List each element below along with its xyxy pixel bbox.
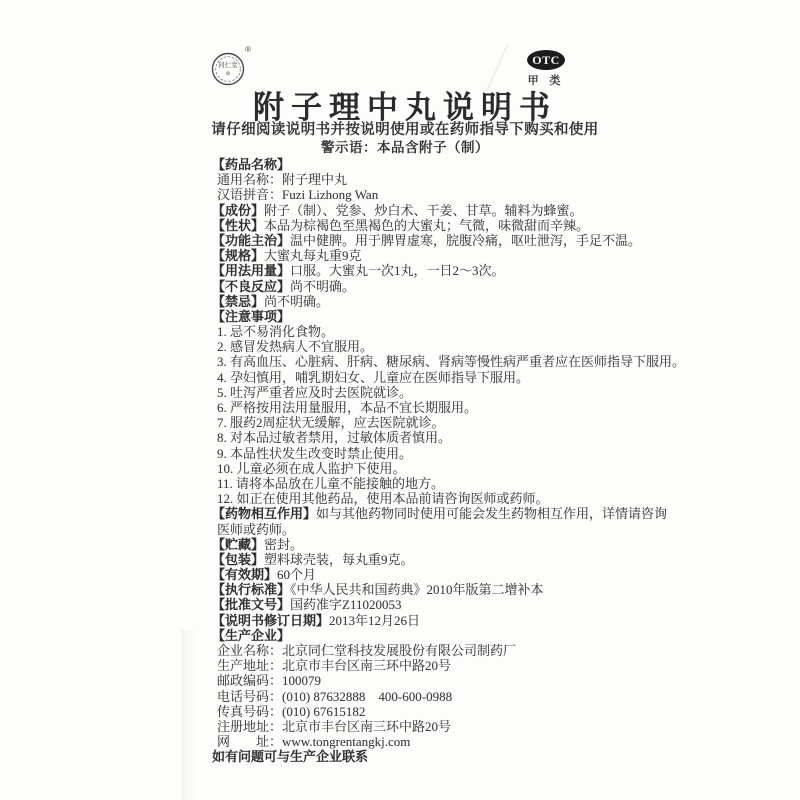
- text-line: 如有问题可与生产企业联系: [212, 749, 732, 764]
- section-line: 【包装】塑料球壳装，每丸重9克。: [212, 552, 732, 567]
- section-heading: 【性状】: [212, 218, 264, 233]
- section-text: 附子（制）、党参、炒白术、干姜、甘草。辅料为蜂蜜。: [264, 203, 583, 218]
- section-text: 本品为棕褐色至黑褐色的大蜜丸；气微，味微甜而辛辣。: [264, 218, 589, 233]
- text-line: 10. 儿童必须在成人监护下使用。: [212, 461, 732, 476]
- text-line: 1. 忌不易消化食物。: [212, 324, 732, 339]
- section-text: 传真号码：(010) 67615182: [217, 704, 365, 719]
- text-line: 通用名称：附子理中丸: [212, 172, 732, 187]
- section-text: 生产地址：北京市丰台区南三环中路20号: [217, 658, 451, 673]
- section-line: 【说明书修订日期】2013年12月26日: [212, 613, 732, 628]
- section-heading: 【批准文号】: [212, 597, 290, 612]
- text-line: 9. 本品性状发生改变时禁止使用。: [212, 446, 732, 461]
- section-text: 2. 感冒发热病人不宜服用。: [217, 339, 373, 354]
- text-line: 4. 孕妇慎用，哺乳期妇女、儿童应在医师指导下服用。: [212, 370, 732, 385]
- section-text: 温中健脾。用于脾胃虚寒，脘腹冷痛，呕吐泄泻，手足不温。: [290, 233, 641, 248]
- text-line: 汉语拼音：Fuzi Lizhong Wan: [212, 187, 732, 202]
- section-heading: 【注意事项】: [212, 309, 290, 324]
- text-line: 邮政编码：100079: [212, 673, 732, 688]
- section-text: 《中华人民共和国药典》2010年版第二增补本: [290, 582, 544, 597]
- leaflet-page: 同仁堂 ⊛ ® OTC 甲 类 附子理中丸说明书 请仔细阅读说明书并按说明使用或…: [0, 0, 800, 800]
- text-line: 生产地址：北京市丰台区南三环中路20号: [212, 658, 732, 673]
- section-text: 邮政编码：100079: [217, 673, 321, 688]
- section-heading: 【说明书修订日期】: [212, 613, 329, 628]
- text-line: 医师或药师。: [212, 522, 732, 537]
- section-text: 4. 孕妇慎用，哺乳期妇女、儿童应在医师指导下服用。: [217, 370, 529, 385]
- text-line: 传真号码：(010) 67615182: [212, 704, 732, 719]
- section-heading: 【药品名称】: [212, 157, 290, 172]
- text-line: 企业名称：北京同仁堂科技发展股份有限公司制药厂: [212, 643, 732, 658]
- section-heading: 【贮藏】: [212, 537, 264, 552]
- section-line: 【规格】大蜜丸每丸重9克: [212, 248, 732, 263]
- section-text: 尚不明确。: [264, 294, 329, 309]
- text-line: 12. 如正在使用其他药品，使用本品前请咨询医师或药师。: [212, 491, 732, 506]
- text-line: 2. 感冒发热病人不宜服用。: [212, 339, 732, 354]
- section-text: 8. 对本品过敏者禁用，过敏体质者慎用。: [217, 430, 451, 445]
- section-text: 口服。大蜜丸一次1丸，一日2～3次。: [290, 263, 505, 278]
- section-line: 【执行标准】《中华人民共和国药典》2010年版第二增补本: [212, 582, 732, 597]
- svg-text:⊛: ⊛: [226, 71, 231, 77]
- text-line: 6. 严格按用法用量服用，本品不宜长期服用。: [212, 400, 732, 415]
- section-heading: 【功能主治】: [212, 233, 290, 248]
- section-heading: 【禁忌】: [212, 294, 264, 309]
- text-line: 注册地址：北京市丰台区南三环中路20号: [212, 719, 732, 734]
- section-heading: 【药物相互作用】: [212, 506, 316, 521]
- text-line: 8. 对本品过敏者禁用，过敏体质者慎用。: [212, 430, 732, 445]
- text-line: 7. 服药2周症状无缓解，应去医院就诊。: [212, 415, 732, 430]
- section-heading: 【成份】: [212, 203, 264, 218]
- text-line: 3. 有高血压、心脏病、肝病、糖尿病、肾病等慢性病严重者应在医师指导下服用。: [212, 354, 732, 369]
- section-text: 国药准字Z11020053: [290, 597, 401, 612]
- section-heading: 【生产企业】: [212, 628, 290, 643]
- otc-oval-icon: OTC: [527, 50, 565, 70]
- section-text: 企业名称：北京同仁堂科技发展股份有限公司制药厂: [217, 643, 516, 658]
- section-text: 如与其他药物同时使用可能会发生药物相互作用，详情请咨询: [316, 506, 667, 521]
- section-line: 【生产企业】: [212, 628, 732, 643]
- section-text: 9. 本品性状发生改变时禁止使用。: [217, 446, 412, 461]
- paper-edge-shading: [181, 630, 197, 800]
- section-heading: 如有问题可与生产企业联系: [212, 749, 368, 764]
- section-text: 1. 忌不易消化食物。: [217, 324, 334, 339]
- section-text: 60个月: [277, 567, 316, 582]
- section-line: 【批准文号】国药准字Z11020053: [212, 597, 732, 612]
- section-text: 6. 严格按用法用量服用，本品不宜长期服用。: [217, 400, 477, 415]
- leaflet-body: 【药品名称】通用名称：附子理中丸汉语拼音：Fuzi Lizhong Wan【成份…: [212, 157, 732, 765]
- section-line: 【禁忌】尚不明确。: [212, 294, 732, 309]
- section-text: 汉语拼音：Fuzi Lizhong Wan: [217, 187, 378, 202]
- section-heading: 【执行标准】: [212, 582, 290, 597]
- warning-statement: 警示语：本品含附子（制）: [0, 136, 800, 156]
- section-line: 【药品名称】: [212, 157, 732, 172]
- section-heading: 【有效期】: [212, 567, 277, 582]
- section-text: 5. 吐泻严重者应及时去医院就诊。: [217, 385, 412, 400]
- section-line: 【药物相互作用】如与其他药物同时使用可能会发生药物相互作用，详情请咨询: [212, 506, 732, 521]
- section-text: 网 址：www.tongrentangkj.com: [217, 734, 410, 749]
- section-text: 电话号码：(010) 87632888 400-600-0988: [217, 689, 452, 704]
- section-text: 塑料球壳装，每丸重9克。: [264, 552, 414, 567]
- section-text: 大蜜丸每丸重9克: [264, 248, 362, 263]
- section-text: 3. 有高血压、心脏病、肝病、糖尿病、肾病等慢性病严重者应在医师指导下服用。: [217, 354, 685, 369]
- section-text: 通用名称：附子理中丸: [217, 172, 347, 187]
- section-line: 【注意事项】: [212, 309, 732, 324]
- section-heading: 【包装】: [212, 552, 264, 567]
- section-text: 注册地址：北京市丰台区南三环中路20号: [217, 719, 451, 734]
- registered-trademark-icon: ®: [245, 45, 251, 54]
- section-line: 【成份】附子（制）、党参、炒白术、干姜、甘草。辅料为蜂蜜。: [212, 203, 732, 218]
- section-line: 【用法用量】口服。大蜜丸一次1丸，一日2～3次。: [212, 263, 732, 278]
- section-heading: 【用法用量】: [212, 263, 290, 278]
- section-heading: 【规格】: [212, 248, 264, 263]
- section-heading: 【不良反应】: [212, 279, 290, 294]
- text-line: 11. 请将本品放在儿童不能接触的地方。: [212, 476, 732, 491]
- text-line: 5. 吐泻严重者应及时去医院就诊。: [212, 385, 732, 400]
- seal-logo-text: 同仁堂: [218, 60, 238, 69]
- text-line: 网 址：www.tongrentangkj.com: [212, 734, 732, 749]
- section-text: 7. 服药2周症状无缓解，应去医院就诊。: [217, 415, 445, 430]
- section-text: 2013年12月26日: [329, 613, 420, 628]
- section-text: 10. 儿童必须在成人监护下使用。: [217, 461, 406, 476]
- section-line: 【有效期】60个月: [212, 567, 732, 582]
- section-text: 11. 请将本品放在儿童不能接触的地方。: [217, 476, 444, 491]
- section-line: 【性状】本品为棕褐色至黑褐色的大蜜丸；气微，味微甜而辛辣。: [212, 218, 732, 233]
- text-line: 电话号码：(010) 87632888 400-600-0988: [212, 689, 732, 704]
- section-line: 【功能主治】温中健脾。用于脾胃虚寒，脘腹冷痛，呕吐泄泻，手足不温。: [212, 233, 732, 248]
- section-line: 【不良反应】尚不明确。: [212, 279, 732, 294]
- section-text: 12. 如正在使用其他药品，使用本品前请咨询医师或药师。: [217, 491, 549, 506]
- section-text: 密封。: [264, 537, 303, 552]
- section-text: 尚不明确。: [290, 279, 355, 294]
- section-line: 【贮藏】密封。: [212, 537, 732, 552]
- section-text: 医师或药师。: [217, 522, 295, 537]
